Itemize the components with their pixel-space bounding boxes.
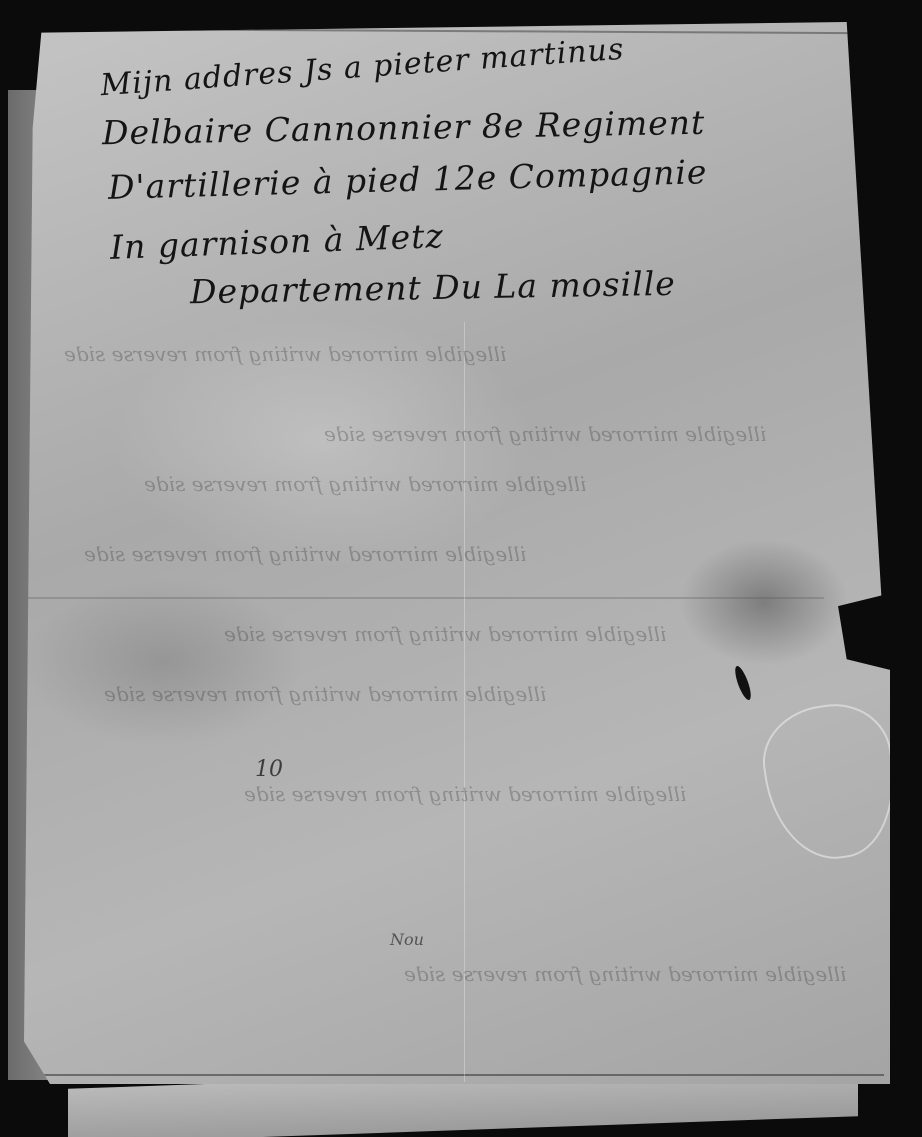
faint-word: Nou [390,930,424,949]
seal-outline [756,697,905,867]
faint-number: 10 [255,757,283,782]
top-fold-line [34,28,864,34]
bleed-through-line: illegible mirrored writing from reverse … [324,422,766,446]
bleed-through-line: illegible mirrored writing from reverse … [224,622,666,646]
ink-stroke [732,664,754,701]
bleed-through-line: illegible mirrored writing from reverse … [64,342,506,366]
bleed-through-line: illegible mirrored writing from reverse … [404,962,846,986]
bleed-through-line: illegible mirrored writing from reverse … [104,682,546,706]
middle-fold-line [24,597,824,599]
bottom-fold-line [24,1074,884,1076]
bleed-through-line: illegible mirrored writing from reverse … [84,542,526,566]
bleed-through-line: illegible mirrored writing from reverse … [244,782,686,806]
scanned-document: illegible mirrored writing from reverse … [0,0,922,1137]
bleed-through-line: illegible mirrored writing from reverse … [144,472,586,496]
